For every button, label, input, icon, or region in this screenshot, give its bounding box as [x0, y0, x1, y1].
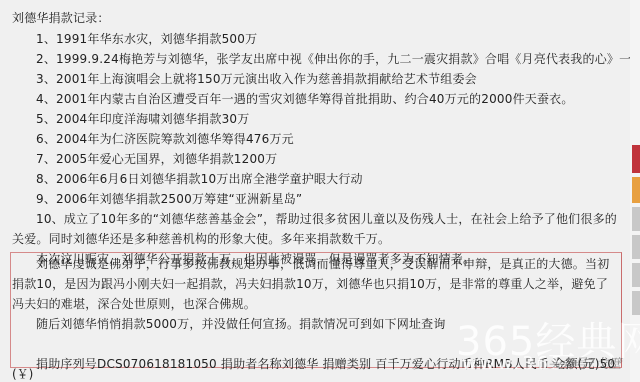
donation-article: 刘德华捐款记录： 1、1991年华东水灾，刘德华捐款500万 2、1999.9.… — [12, 8, 618, 269]
buddhist-paragraph: 刘德华虔诚是佛弟子，行事多按佛教规矩办事，低调而懂得尊重人，受误解而不申辩，是真… — [12, 254, 616, 314]
watermark-source: 头条号7戈壁 — [548, 357, 621, 373]
list-item: 3、2001年上海演唱会上就将150万元演出收入作为慈善捐款捐献给艺术节组委会 — [12, 69, 618, 89]
article-title: 刘德华捐款记录： — [12, 8, 618, 28]
side-strip-segment-gray[interactable] — [632, 207, 640, 231]
list-item: 1、1991年华东水灾，刘德华捐款500万 — [12, 29, 618, 49]
list-item: 4、2001年内蒙古自治区遭受百年一遇的雪灾刘德华筹得首批捐助、约合40万元的2… — [12, 89, 618, 109]
list-item: 6、2004年为仁济医院筹款刘德华筹得476万元 — [12, 129, 618, 149]
foundation-paragraph: 10、成立了10年多的“刘德华慈善基金会”，帮助过很多贫困儿童以及伤残人士，在社… — [12, 209, 618, 249]
list-item: 5、2004年印度洋海啸刘德华捐款30万 — [12, 109, 618, 129]
side-strip-segment-orange[interactable] — [632, 177, 640, 203]
list-item: 9、2006年刘德华捐款2500万筹建“亚洲新星岛” — [12, 189, 618, 209]
list-item: 8、2006年6月6日刘德华捐款10万出席全港学童护眼大行动 — [12, 169, 618, 189]
donation-5000-paragraph: 随后刘德华悄悄捐款5000万，并没做任何宣扬。捐款情况可到如下网址查询 — [12, 314, 616, 334]
list-item: 2、1999.9.24梅艳芳与刘德华，张学友出席中视《伸出你的手，九二一震灾捐款… — [12, 49, 618, 69]
side-strip-segment-gray[interactable] — [632, 291, 640, 315]
list-item: 7、2005年爱心无国界，刘德华捐款1200万 — [12, 149, 618, 169]
side-strip-segment-gray[interactable] — [632, 263, 640, 287]
side-strip-segment-red[interactable] — [632, 145, 640, 173]
document-page: 刘德华捐款记录： 1、1991年华东水灾，刘德华捐款500万 2、1999.9.… — [0, 0, 640, 382]
currency-label: (￥) — [12, 366, 33, 382]
spacer — [12, 334, 616, 354]
side-strip-segment-gray[interactable] — [632, 235, 640, 259]
